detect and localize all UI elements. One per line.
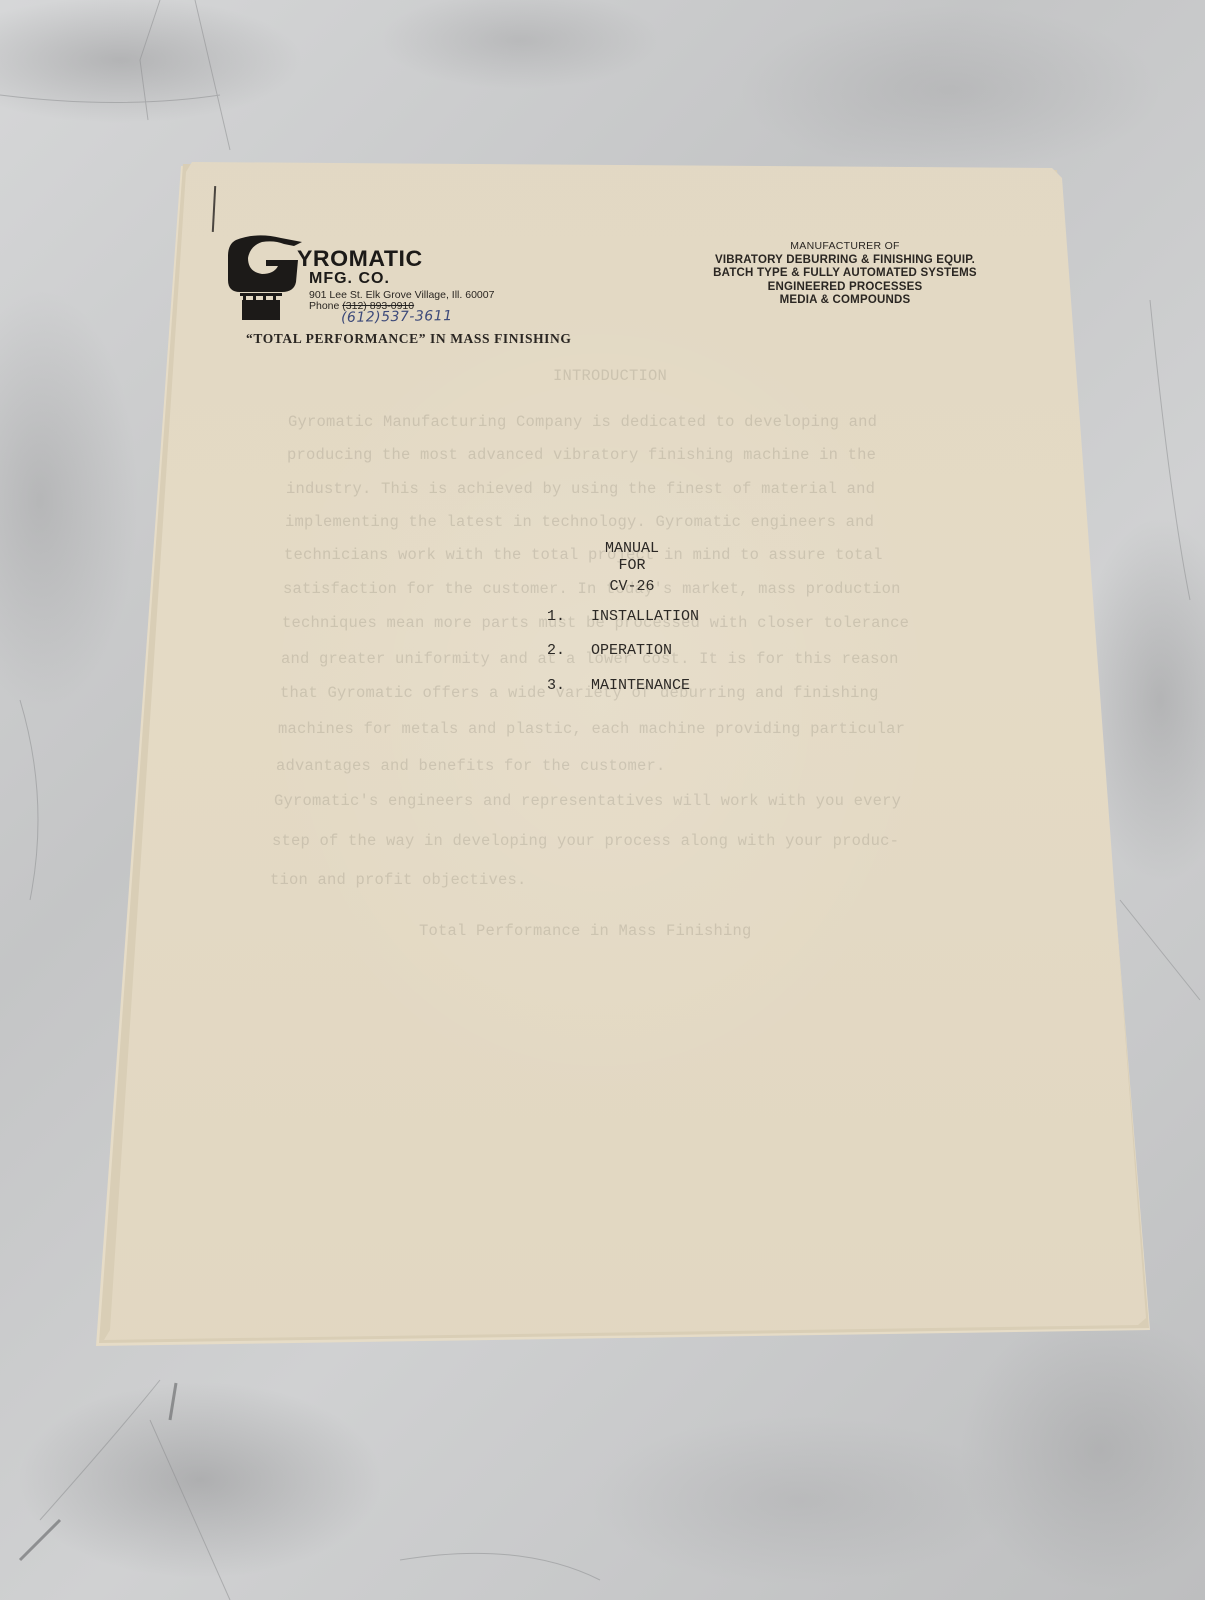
contents-number: 2. (547, 642, 591, 659)
manual-title-for: FOR (572, 557, 692, 574)
show-through-line: Gyromatic's engineers and representative… (274, 792, 901, 810)
tagline: “TOTAL PERFORMANCE” IN MASS FINISHING (246, 331, 572, 347)
services-block: MANUFACTURER OF VIBRATORY DEBURRING & FI… (680, 240, 1010, 308)
show-through-heading: INTRODUCTION (553, 367, 667, 385)
contents-number: 3. (547, 677, 591, 694)
gyromatic-logo-icon (226, 232, 302, 320)
show-through-line: industry. This is achieved by using the … (286, 480, 875, 498)
contents-label: OPERATION (591, 642, 672, 659)
services-line: BATCH TYPE & FULLY AUTOMATED SYSTEMS (680, 267, 1010, 281)
manual-title: MANUAL (572, 540, 692, 557)
show-through-line: producing the most advanced vibratory fi… (287, 446, 876, 464)
staple-icon (212, 186, 216, 232)
contents-label: INSTALLATION (591, 608, 699, 625)
show-through-line: implementing the latest in technology. G… (285, 513, 874, 531)
contents-item-operation: 2.OPERATION (547, 642, 672, 659)
manual-model: CV-26 (572, 578, 692, 595)
brand-subtitle: MFG. CO. (309, 270, 390, 288)
phone-label: Phone (309, 300, 339, 312)
contents-number: 1. (547, 608, 591, 625)
contents-item-installation: 1.INSTALLATION (547, 608, 699, 625)
show-through-line: tion and profit objectives. (270, 871, 527, 889)
services-heading: MANUFACTURER OF (680, 240, 1010, 254)
show-through-closing: Total Performance in Mass Finishing (419, 922, 752, 940)
document-page: YROMATIC MFG. CO. 901 Lee St. Elk Grove … (0, 0, 1205, 1600)
phone-handwritten: (612)537-3611 (341, 308, 453, 326)
show-through-line: machines for metals and plastic, each ma… (278, 720, 905, 738)
services-line: MEDIA & COMPOUNDS (680, 294, 1010, 308)
services-line: VIBRATORY DEBURRING & FINISHING EQUIP. (680, 254, 1010, 268)
contents-item-maintenance: 3.MAINTENANCE (547, 677, 690, 694)
show-through-line: advantages and benefits for the customer… (276, 757, 666, 775)
contents-label: MAINTENANCE (591, 677, 690, 694)
brand-name: YROMATIC (297, 246, 423, 272)
services-line: ENGINEERED PROCESSES (680, 281, 1010, 295)
show-through-line: step of the way in developing your proce… (272, 832, 899, 850)
show-through-line: Gyromatic Manufacturing Company is dedic… (288, 413, 877, 431)
